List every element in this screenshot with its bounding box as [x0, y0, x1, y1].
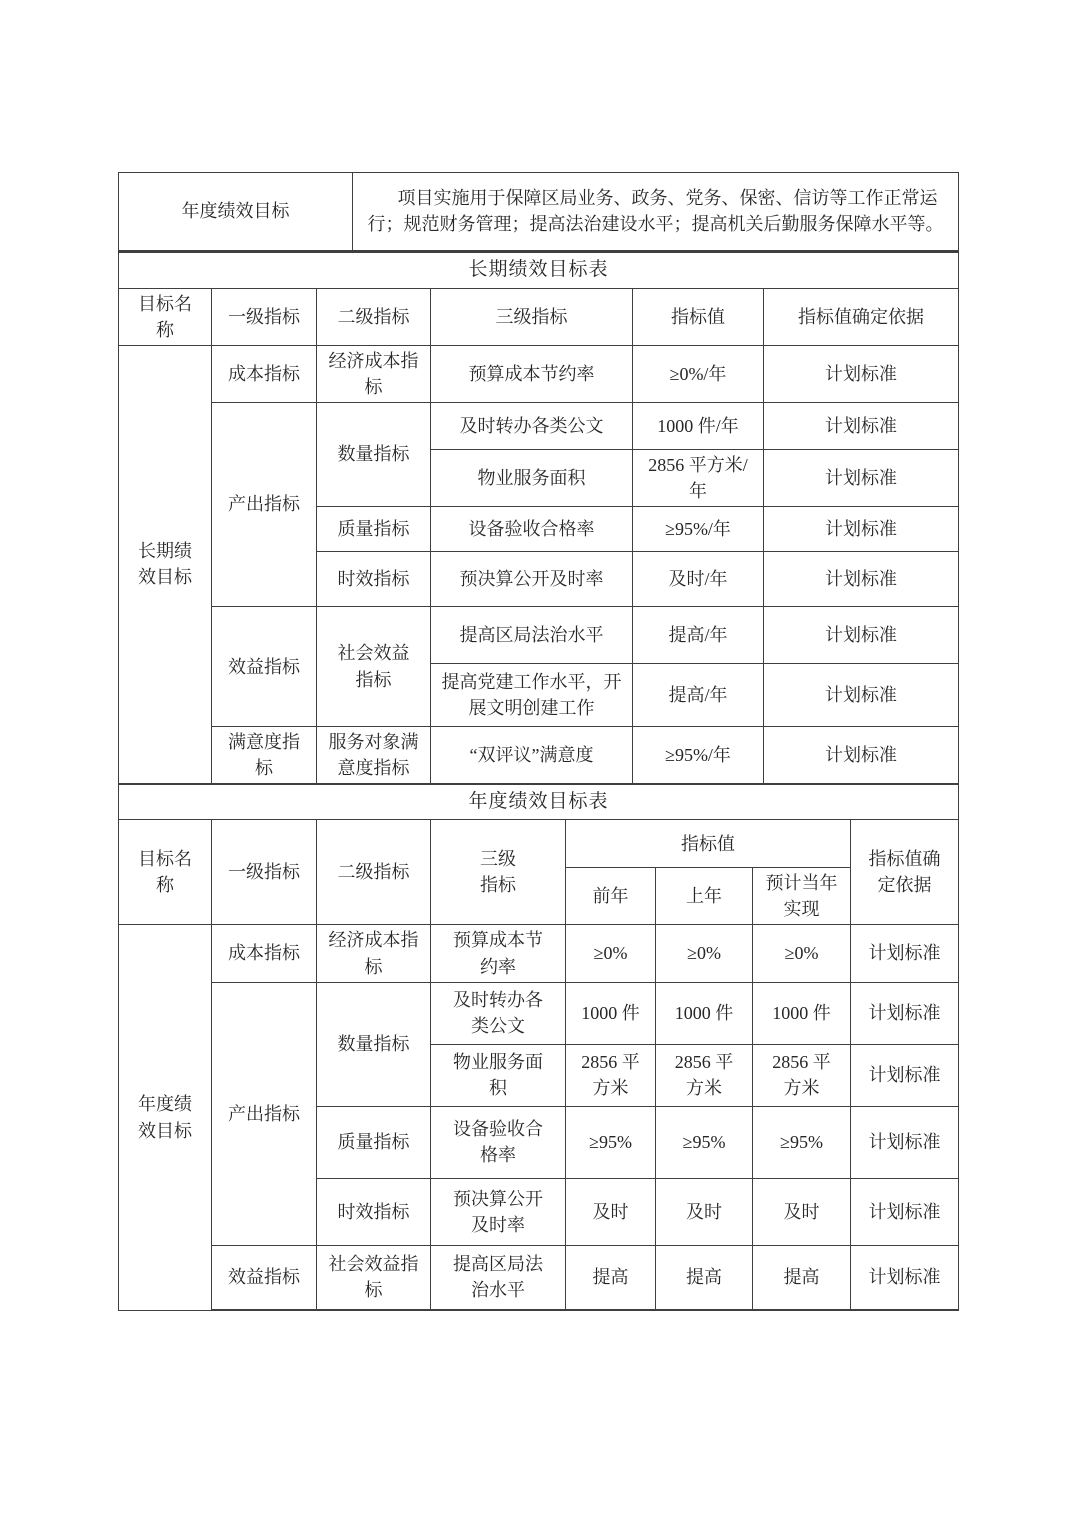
basis-cell: 计划标准 [851, 982, 959, 1044]
value-prev1-cell: 1000 件 [656, 982, 753, 1044]
value-prev2-cell: ≥0% [566, 925, 656, 982]
header-year-before-last: 前年 [566, 868, 656, 925]
value-prev1-cell: ≥0% [656, 925, 753, 982]
level3-cell: 预决算公开 及时率 [431, 1178, 566, 1245]
value-current-cell: 及时 [753, 1178, 851, 1245]
level2-cell: 数量指标 [317, 982, 431, 1106]
level3-cell: 预决算公开及时率 [431, 552, 633, 607]
basis-cell: 计划标准 [764, 345, 959, 402]
level2-cell: 时效指标 [317, 1178, 431, 1245]
level2-cell: 社会效益指 标 [317, 1245, 431, 1310]
table-row: 年度绩效目标 项目实施用于保障区局业务、政务、党务、保密、信访等工作正常运行；规… [119, 173, 959, 251]
level2-cell: 经济成本指 标 [317, 345, 431, 402]
long-term-performance-table: 长期绩效目标表 目标名 称 一级指标 二级指标 三级指标 指标值 指标值确定依据… [118, 252, 959, 785]
level1-cell: 满意度指 标 [212, 727, 317, 784]
annual-goal-description-cell: 项目实施用于保障区局业务、政务、党务、保密、信访等工作正常运行；规范财务管理；提… [353, 173, 959, 251]
level2-cell: 服务对象满 意度指标 [317, 727, 431, 784]
table-row: 长期绩效目标表 [119, 252, 959, 288]
level2-cell: 数量指标 [317, 402, 431, 506]
header-basis: 指标值确 定依据 [851, 820, 959, 925]
level3-cell: 物业服务面积 [431, 449, 633, 506]
value-prev2-cell: 提高 [566, 1245, 656, 1310]
value-prev2-cell: 2856 平 方米 [566, 1044, 656, 1106]
header-goal-name: 目标名 称 [119, 820, 212, 925]
level1-cell: 效益指标 [212, 607, 317, 727]
level3-cell: 提高区局法治水平 [431, 607, 633, 664]
basis-cell: 计划标准 [851, 1106, 959, 1178]
value-cell: 1000 件/年 [633, 402, 764, 449]
level3-cell: 预算成本节 约率 [431, 925, 566, 982]
value-current-cell: ≥95% [753, 1106, 851, 1178]
basis-cell: 计划标准 [764, 664, 959, 727]
level1-cell: 效益指标 [212, 1245, 317, 1310]
table-row: 效益指标 社会效益 指标 提高区局法治水平 提高/年 计划标准 [119, 607, 959, 664]
level1-cell: 成本指标 [212, 345, 317, 402]
level1-cell: 成本指标 [212, 925, 317, 982]
basis-cell: 计划标准 [764, 402, 959, 449]
goal-name-cell: 长期绩 效目标 [119, 345, 212, 784]
level3-cell: 设备验收合 格率 [431, 1106, 566, 1178]
level2-cell: 质量指标 [317, 507, 431, 552]
level3-cell: 物业服务面 积 [431, 1044, 566, 1106]
value-current-cell: 1000 件 [753, 982, 851, 1044]
value-cell: 及时/年 [633, 552, 764, 607]
header-level3: 三级 指标 [431, 820, 566, 925]
table-row: 年度绩效目标表 [119, 785, 959, 820]
long-term-table-title: 长期绩效目标表 [119, 252, 959, 288]
basis-cell: 计划标准 [851, 925, 959, 982]
value-cell: ≥95%/年 [633, 507, 764, 552]
level1-cell: 产出指标 [212, 402, 317, 606]
header-value-group: 指标值 [566, 820, 851, 868]
level3-cell: 及时转办各类公文 [431, 402, 633, 449]
value-cell: ≥0%/年 [633, 345, 764, 402]
basis-cell: 计划标准 [851, 1044, 959, 1106]
table-row: 目标名 称 一级指标 二级指标 三级 指标 指标值 指标值确 定依据 [119, 820, 959, 868]
table-row: 产出指标 数量指标 及时转办各类公文 1000 件/年 计划标准 [119, 402, 959, 449]
value-cell: ≥95%/年 [633, 727, 764, 784]
header-basis: 指标值确定依据 [764, 288, 959, 345]
table-row: 长期绩 效目标 成本指标 经济成本指 标 预算成本节约率 ≥0%/年 计划标准 [119, 345, 959, 402]
header-level2: 二级指标 [317, 820, 431, 925]
value-prev2-cell: ≥95% [566, 1106, 656, 1178]
basis-cell: 计划标准 [851, 1178, 959, 1245]
annual-goal-label-cell: 年度绩效目标 [119, 173, 353, 251]
table-row: 年度绩 效目标 成本指标 经济成本指 标 预算成本节 约率 ≥0% ≥0% ≥0… [119, 925, 959, 982]
performance-target-document: 年度绩效目标 项目实施用于保障区局业务、政务、党务、保密、信访等工作正常运行；规… [118, 172, 958, 1311]
annual-performance-table: 年度绩效目标表 目标名 称 一级指标 二级指标 三级 指标 指标值 指标值确 定… [118, 784, 959, 1311]
value-prev1-cell: 2856 平 方米 [656, 1044, 753, 1106]
level3-cell: 及时转办各 类公文 [431, 982, 566, 1044]
level2-cell: 质量指标 [317, 1106, 431, 1178]
basis-cell: 计划标准 [764, 727, 959, 784]
basis-cell: 计划标准 [764, 449, 959, 506]
document-page: 年度绩效目标 项目实施用于保障区局业务、政务、党务、保密、信访等工作正常运行；规… [0, 0, 1074, 1520]
header-level2: 二级指标 [317, 288, 431, 345]
basis-cell: 计划标准 [764, 507, 959, 552]
value-prev1-cell: 及时 [656, 1178, 753, 1245]
level3-cell: “双评议”满意度 [431, 727, 633, 784]
value-prev2-cell: 1000 件 [566, 982, 656, 1044]
goal-name-cell: 年度绩 效目标 [119, 925, 212, 1310]
value-prev2-cell: 及时 [566, 1178, 656, 1245]
annual-table-title: 年度绩效目标表 [119, 785, 959, 820]
value-cell: 2856 平方米/ 年 [633, 449, 764, 506]
level2-cell: 社会效益 指标 [317, 607, 431, 727]
level2-cell: 经济成本指 标 [317, 925, 431, 982]
header-current-year: 预计当年 实现 [753, 868, 851, 925]
header-goal-name: 目标名 称 [119, 288, 212, 345]
header-last-year: 上年 [656, 868, 753, 925]
value-current-cell: ≥0% [753, 925, 851, 982]
header-value: 指标值 [633, 288, 764, 345]
level3-cell: 设备验收合格率 [431, 507, 633, 552]
basis-cell: 计划标准 [851, 1245, 959, 1310]
level3-cell: 预算成本节约率 [431, 345, 633, 402]
level2-cell: 时效指标 [317, 552, 431, 607]
table-row: 满意度指 标 服务对象满 意度指标 “双评议”满意度 ≥95%/年 计划标准 [119, 727, 959, 784]
value-prev1-cell: ≥95% [656, 1106, 753, 1178]
value-cell: 提高/年 [633, 664, 764, 727]
table-row: 目标名 称 一级指标 二级指标 三级指标 指标值 指标值确定依据 [119, 288, 959, 345]
value-cell: 提高/年 [633, 607, 764, 664]
level3-cell: 提高区局法 治水平 [431, 1245, 566, 1310]
header-level1: 一级指标 [212, 288, 317, 345]
basis-cell: 计划标准 [764, 607, 959, 664]
value-current-cell: 2856 平 方米 [753, 1044, 851, 1106]
annual-goal-summary-table: 年度绩效目标 项目实施用于保障区局业务、政务、党务、保密、信访等工作正常运行；规… [118, 172, 959, 252]
level1-cell: 产出指标 [212, 982, 317, 1245]
table-row: 效益指标 社会效益指 标 提高区局法 治水平 提高 提高 提高 计划标准 [119, 1245, 959, 1310]
value-current-cell: 提高 [753, 1245, 851, 1310]
value-prev1-cell: 提高 [656, 1245, 753, 1310]
header-level1: 一级指标 [212, 820, 317, 925]
level3-cell: 提高党建工作水平，开 展文明创建工作 [431, 664, 633, 727]
basis-cell: 计划标准 [764, 552, 959, 607]
table-row: 产出指标 数量指标 及时转办各 类公文 1000 件 1000 件 1000 件… [119, 982, 959, 1044]
header-level3: 三级指标 [431, 288, 633, 345]
